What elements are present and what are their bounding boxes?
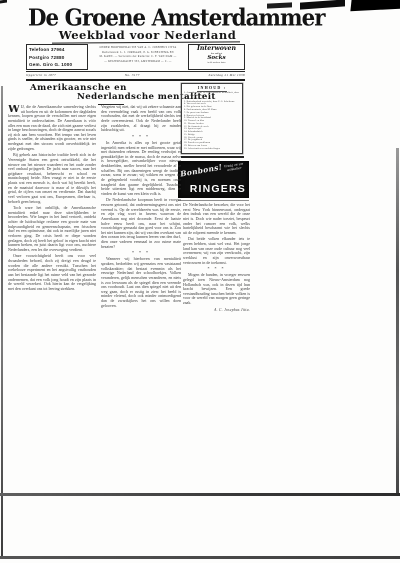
ringers-ad-rule	[178, 200, 249, 201]
paragraph: Bij gebrek aan historische traditie heef…	[8, 153, 96, 204]
paragraph: Toch ware het onbillijk, de Amerikaansch…	[8, 206, 96, 252]
ad-note: in alle moderne tinten	[189, 62, 244, 65]
section-separator: * * *	[101, 251, 181, 256]
scan-artifact-bottom-line	[0, 493, 400, 496]
contact-box: Telefoon 37964 Postgiro 72880 Gem. Giro …	[26, 44, 88, 70]
founded-label: Opgericht in 1877	[26, 73, 56, 77]
drop-cap: W	[8, 105, 21, 114]
strip-divider-rule	[26, 71, 245, 72]
contents-item: 20. Advertenties en mededeelingen	[184, 148, 240, 151]
scan-artifact-left-edge	[1, 86, 3, 556]
issue-date: Zaterdag 21 Mei 1938	[209, 73, 245, 77]
postgiro-number: Postgiro 72880	[29, 54, 85, 62]
masthead-subtitle: Weekblad voor Nederland	[55, 28, 240, 42]
telephone-number: Telefoon 37964	[29, 46, 85, 54]
paragraph: WIJ, die de Amerikaansche samenleving sl…	[8, 105, 96, 151]
dateline: Opgericht in 1877 No. 3177 Zaterdag 21 M…	[26, 73, 245, 77]
ringers-script-note: Vraag ze uw winkelier	[221, 162, 248, 174]
scan-artifact-bottom-edge	[0, 556, 400, 559]
section-separator: * * *	[183, 267, 250, 272]
header-heavy-rule	[26, 79, 245, 81]
paragraph: Wanneer wij hierboven van mentaliteit sp…	[101, 257, 181, 308]
contents-title: INHOUD :	[184, 86, 240, 91]
paragraph: Dat beide volken elkander iets te geven …	[183, 237, 250, 265]
contents-bottom-rule	[181, 156, 244, 158]
ad-brand: Interwoven	[189, 46, 244, 53]
editorial-credits: ONDER HOOFDREDACTIE VAN A. C. JOSEPHUS J…	[88, 44, 188, 70]
paragraph: Vergeten wij niet, dat wij uit zekere sc…	[101, 105, 181, 133]
article-column-2: Vergeten wij niet, dat wij uit zekere sc…	[101, 105, 181, 337]
paragraph: In Amerika is alles op het groote getal …	[101, 141, 181, 197]
giro-number: Gem. Giro G. 1000	[29, 61, 85, 69]
contents-box: INHOUD : 1. Amerikaansche en Nederlandsc…	[181, 83, 243, 154]
address-line: — KEIZERSGRACHT 333, AMSTERDAM — C. —	[91, 60, 185, 65]
section-separator: * * *	[101, 135, 181, 140]
article-signature: A. C. Josephus Jitta.	[183, 308, 250, 312]
paragraph: De Nederlandsche bezoeker, die voor het …	[183, 203, 250, 235]
ringers-ad: Bonbons! Vraag ze uw winkelier RINGERS	[178, 161, 249, 198]
masthead-info-strip: Telefoon 37964 Postgiro 72880 Gem. Giro …	[26, 44, 245, 70]
paragraph: De Nederlandsche koopman heeft in vroege…	[101, 198, 181, 249]
issue-number: No. 3177	[125, 73, 140, 77]
scan-artifact-top-right	[350, 0, 400, 11]
article-column-1: WIJ, die de Amerikaansche samenleving sl…	[8, 105, 96, 347]
interwoven-socks-ad: Interwoven fine and best Socks in alle m…	[188, 44, 245, 70]
newspaper-page: De Groene Amsterdammer Weekblad voor Ned…	[0, 0, 400, 563]
article-column-3: De Nederlandsche bezoeker, die voor het …	[183, 203, 250, 343]
article-title-line1: Amerikaansche en	[30, 83, 180, 93]
paragraph-text: IJ, die de Amerikaansche samenleving sle…	[8, 105, 96, 151]
paragraph: Mogen de banden, in vroeger eeuwen geleg…	[183, 273, 250, 305]
secretary-line: M. KANN. — Secretaris der Redactie: C. F…	[91, 55, 185, 60]
ringers-brand: RINGERS	[190, 183, 246, 195]
chief-editor-line: ONDER HOOFDREDACTIE VAN A. C. JOSEPHUS J…	[91, 46, 185, 51]
paragraph: Onze voorzichtigheid heeft ons voor veel…	[8, 254, 96, 291]
scan-artifact-top-left	[0, 0, 7, 3]
scan-artifact-right-edge	[396, 148, 399, 496]
contents-list: 1. Amerikaansche en Nederlandsche mental…	[184, 92, 240, 150]
ringers-script-text: Bonbons!	[180, 162, 223, 178]
